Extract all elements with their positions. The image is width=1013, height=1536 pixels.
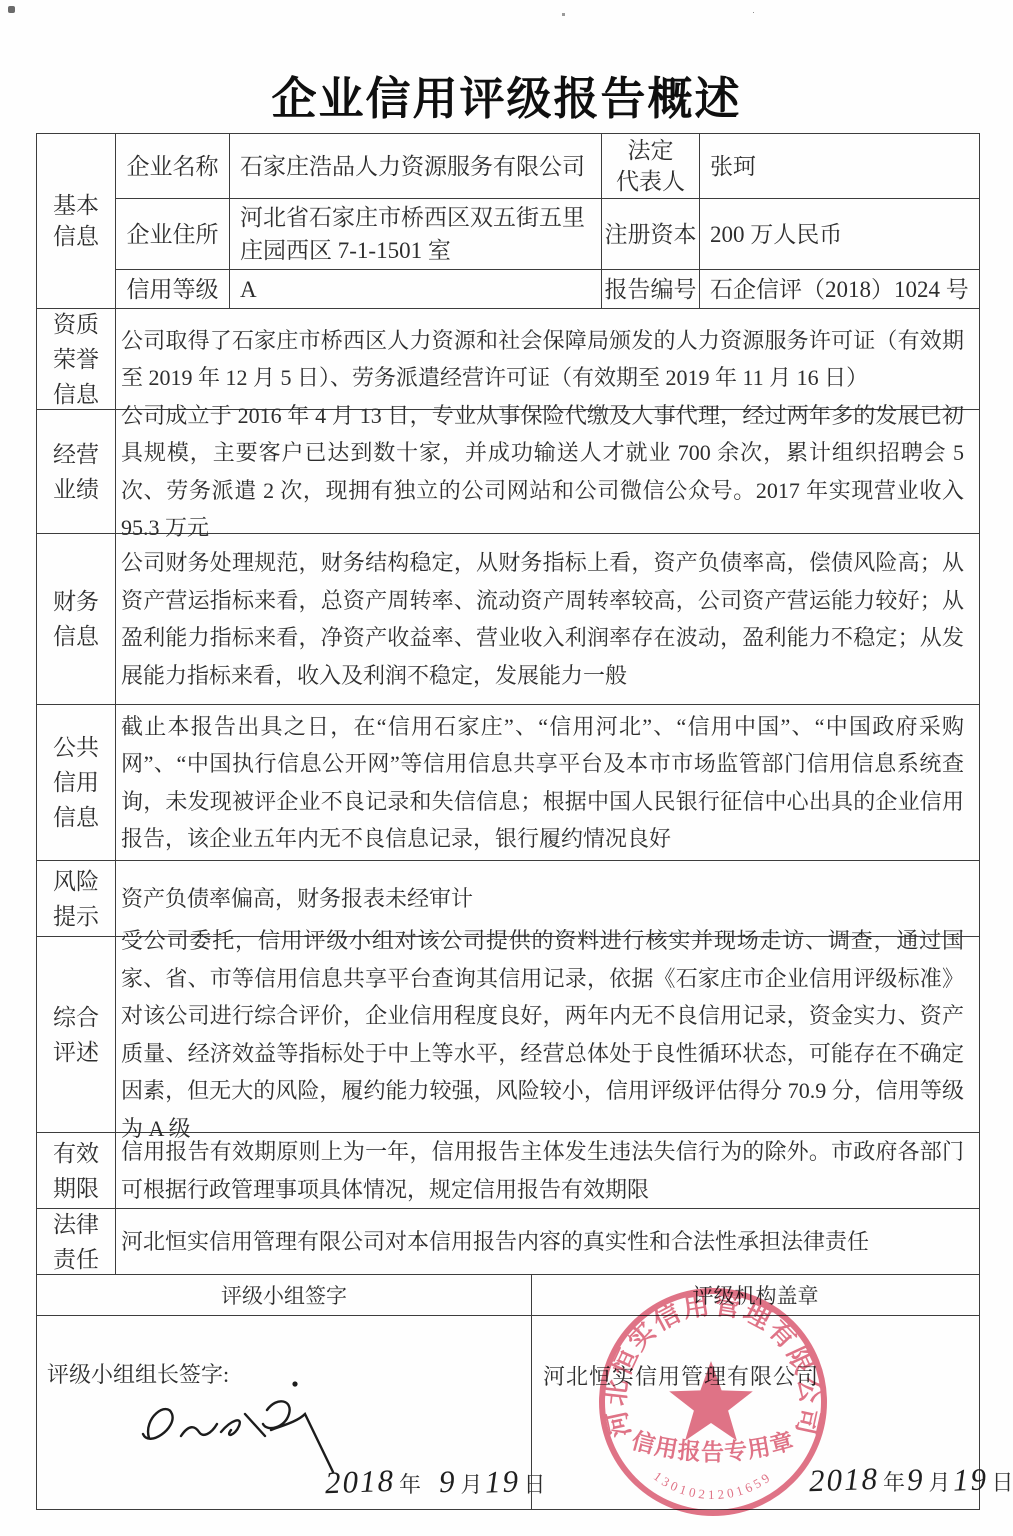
address-label: 企业住所	[115, 198, 229, 269]
section-text: 公司取得了石家庄市桥西区人力资源和社会保障局颁发的人力资源服务许可证（有效期至 …	[116, 320, 979, 399]
report-number-label: 报告编号	[601, 269, 699, 308]
date-year: 2018	[324, 1463, 395, 1501]
agency-seal-date: 2018 年 9 月 19 日	[809, 1462, 1013, 1498]
section-text-cell: 公司财务处理规范，财务结构稳定，从财务指标上看，资产负债率高，偿债风险高；从资产…	[115, 534, 979, 704]
basic-section-label: 基本 信息	[37, 134, 115, 308]
section-text-cell: 受公司委托，信用评级小组对该公司提供的资料进行核实并现场走访、调查，通过国家、省…	[115, 937, 979, 1132]
section-text: 公司成立于 2016 年 4 月 13 日，专业从事保险代缴及人事代理，经过两年…	[116, 395, 979, 549]
section-text-cell: 公司成立于 2016 年 4 月 13 日，专业从事保险代缴及人事代理，经过两年…	[115, 410, 979, 533]
section-label: 法律 责任	[37, 1209, 115, 1274]
section-performance: 经营 业绩 公司成立于 2016 年 4 月 13 日，专业从事保险代缴及人事代…	[37, 409, 979, 533]
date-day-unit: 日	[992, 1466, 1013, 1497]
section-label: 风险 提示	[37, 861, 115, 936]
section-public-credit: 公共 信用 信息 截止本报告出具之日，在“信用石家庄”、“信用河北”、“信用中国…	[37, 704, 979, 860]
agency-stamp: 河北恒实信用管理有限公司 信用报告专用章 1301021201659	[595, 1284, 831, 1520]
section-text-cell: 截止本报告出具之日，在“信用石家庄”、“信用河北”、“信用中国”、“中国政府采购…	[115, 705, 979, 860]
date-day: 19	[952, 1461, 988, 1498]
section-label: 资质 荣誉 信息	[37, 309, 115, 409]
section-text-cell: 河北恒实信用管理有限公司对本信用报告内容的真实性和合法性承担法律责任	[115, 1209, 979, 1274]
section-label: 公共 信用 信息	[37, 705, 115, 860]
team-signature-header: 评级小组签字	[37, 1275, 531, 1315]
date-month: 9	[906, 1462, 925, 1499]
stamp-star	[669, 1361, 753, 1441]
signature-header-row: 评级小组签字 评级机构盖章	[37, 1274, 979, 1315]
section-finance: 财务 信息 公司财务处理规范，财务结构稳定，从财务指标上看，资产负债率高，偿债风…	[37, 533, 979, 704]
credit-grade-label: 信用等级	[115, 269, 229, 308]
registered-capital-label: 注册资本	[601, 198, 699, 269]
section-label: 综合 评述	[37, 937, 115, 1132]
section-label: 财务 信息	[37, 534, 115, 704]
section-text-cell: 信用报告有效期原则上为一年，信用报告主体发生违法失信行为的除外。市政府各部门可根…	[115, 1133, 979, 1208]
address-value: 河北省石家庄市桥西区双五街五里庄园西区 7-1-1501 室	[229, 198, 601, 269]
team-signature-date: 2018 年 9 月 19 日	[325, 1464, 548, 1500]
section-summary: 综合 评述 受公司委托，信用评级小组对该公司提供的资料进行核实并现场走访、调查，…	[37, 936, 979, 1132]
stamp-graphics: 河北恒实信用管理有限公司 信用报告专用章 1301021201659	[601, 1289, 825, 1513]
legal-rep-label: 法定 代表人	[601, 134, 699, 198]
date-day-unit: 日	[524, 1468, 546, 1499]
scan-speck	[8, 6, 15, 13]
signature-body-row: 评级小组组长签字: 2018 年 9 月 19 日 河北恒实信用管理有限公司 2…	[37, 1315, 979, 1509]
report-number-value: 石企信评（2018）1024 号	[699, 269, 979, 308]
section-label: 经营 业绩	[37, 410, 115, 533]
date-day: 19	[484, 1463, 520, 1500]
date-month: 9	[438, 1464, 457, 1501]
section-text: 河北恒实信用管理有限公司对本信用报告内容的真实性和合法性承担法律责任	[116, 1221, 884, 1263]
company-name-value: 石家庄浩品人力资源服务有限公司	[229, 134, 601, 198]
stamp-banner-text: 信用报告专用章	[629, 1427, 797, 1465]
section-label: 有效 期限	[37, 1133, 115, 1208]
section-validity: 有效 期限 信用报告有效期原则上为一年，信用报告主体发生违法失信行为的除外。市政…	[37, 1132, 979, 1208]
section-legal: 法律 责任 河北恒实信用管理有限公司对本信用报告内容的真实性和合法性承担法律责任	[37, 1208, 979, 1274]
section-text: 截止本报告出具之日，在“信用石家庄”、“信用河北”、“信用中国”、“中国政府采购…	[116, 706, 979, 860]
section-text: 受公司委托，信用评级小组对该公司提供的资料进行核实并现场走访、调查，通过国家、省…	[116, 920, 979, 1149]
section-text: 信用报告有效期原则上为一年，信用报告主体发生违法失信行为的除外。市政府各部门可根…	[116, 1131, 979, 1210]
page-title: 企业信用评级报告概述	[0, 62, 1013, 127]
credit-grade-value: A	[229, 269, 601, 308]
registered-capital-value: 200 万人民币	[699, 198, 979, 269]
section-text: 公司财务处理规范，财务结构稳定，从财务指标上看，资产负债率高，偿债风险高；从资产…	[116, 542, 979, 696]
stamp-serial-number: 1301021201659	[651, 1468, 775, 1502]
report-page: 企业信用评级报告概述 基本 信息 企业名称 石家庄浩品人力资源服务有限公司 法定…	[0, 0, 1013, 1536]
company-name-label: 企业名称	[115, 134, 229, 198]
date-month-unit: 月	[929, 1466, 951, 1497]
basic-info-block: 基本 信息 企业名称 石家庄浩品人力资源服务有限公司 法定 代表人 张珂 企业住…	[37, 134, 979, 308]
date-month-unit: 月	[461, 1468, 483, 1499]
report-table: 基本 信息 企业名称 石家庄浩品人力资源服务有限公司 法定 代表人 张珂 企业住…	[36, 133, 980, 1510]
section-text: 资产负债率偏高，财务报表未经审计	[116, 878, 488, 920]
date-year-unit: 年	[399, 1468, 421, 1499]
legal-rep-value: 张珂	[699, 134, 979, 198]
date-year-unit: 年	[883, 1466, 905, 1497]
